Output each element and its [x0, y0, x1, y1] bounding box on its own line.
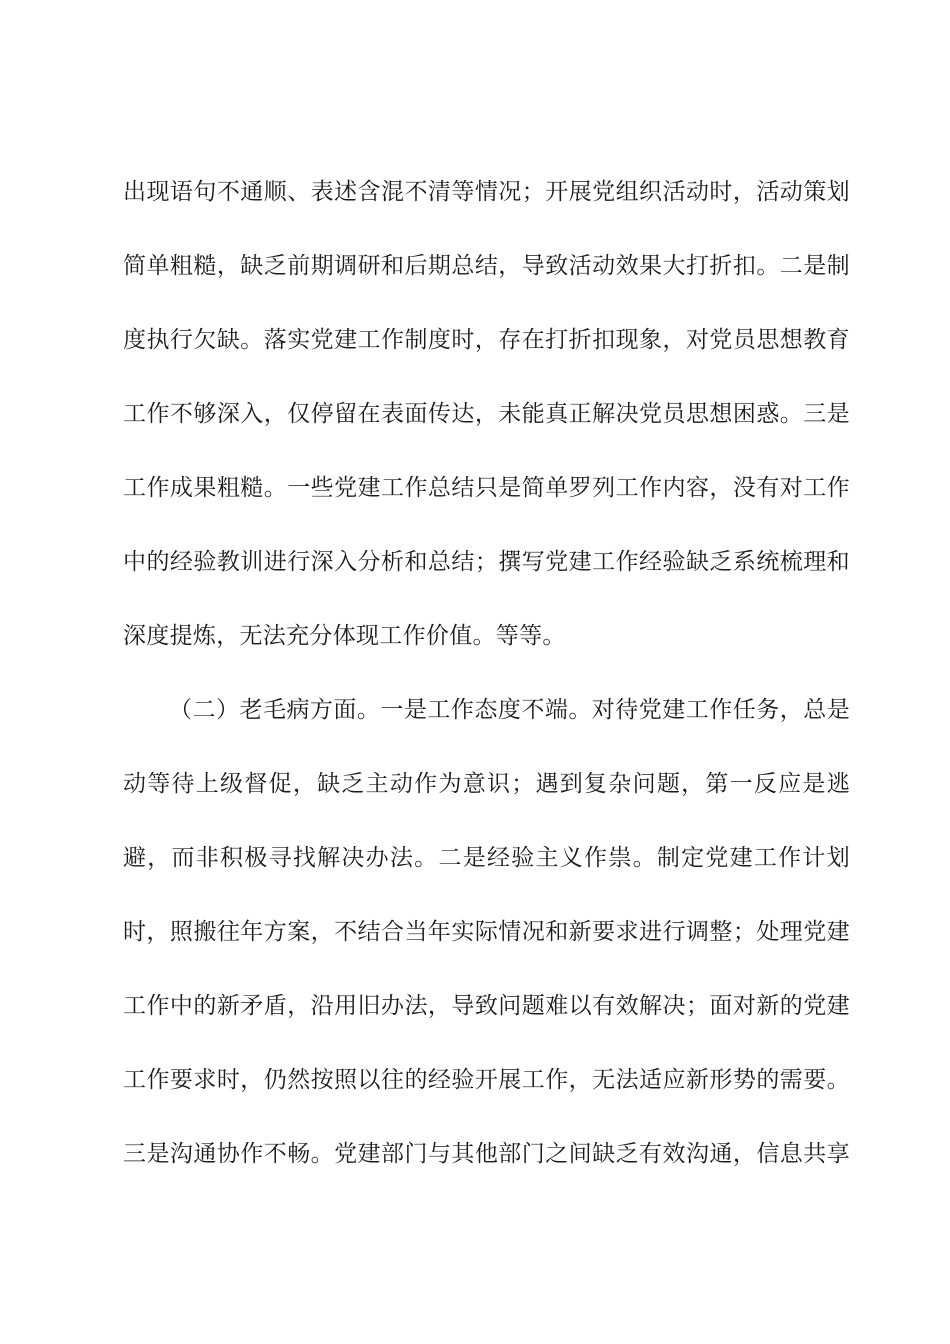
body-text-block: 出现语句不通顺、表述含混不清等情况；开展党组织活动时，活动策划 简单粗糙，缺乏前… [123, 155, 850, 1191]
text-line: 工作成果粗糙。一些党建工作总结只是简单罗列工作内容，没有对工作 [123, 451, 850, 525]
text-line: 度执行欠缺。落实党建工作制度时，存在打折扣现象，对党员思想教育 [123, 303, 850, 377]
text-line: 工作不够深入，仅停留在表面传达，未能真正解决党员思想困惑。三是 [123, 377, 850, 451]
text-line-paragraph-end: 深度提炼，无法充分体现工作价值。等等。 [123, 599, 850, 673]
text-line-paragraph-start: （二）老毛病方面。一是工作态度不端。对待党建工作任务，总是被 [123, 673, 850, 747]
text-line: 时，照搬往年方案，不结合当年实际情况和新要求进行调整；处理党建 [123, 895, 850, 969]
document-page: 出现语句不通顺、表述含混不清等情况；开展党组织活动时，活动策划 简单粗糙，缺乏前… [0, 0, 950, 1344]
text-line: 中的经验教训进行深入分析和总结；撰写党建工作经验缺乏系统梳理和 [123, 525, 850, 599]
text-line: 避，而非积极寻找解决办法。二是经验主义作祟。制定党建工作计划 [123, 821, 850, 895]
text-line: 简单粗糙，缺乏前期调研和后期总结，导致活动效果大打折扣。二是制 [123, 229, 850, 303]
text-line: 出现语句不通顺、表述含混不清等情况；开展党组织活动时，活动策划 [123, 155, 850, 229]
text-line: 动等待上级督促，缺乏主动作为意识；遇到复杂问题，第一反应是逃 [123, 747, 850, 821]
text-line: 工作中的新矛盾，沿用旧办法，导致问题难以有效解决；面对新的党建 [123, 969, 850, 1043]
text-line: 三是沟通协作不畅。党建部门与其他部门之间缺乏有效沟通，信息共享 [123, 1117, 850, 1191]
text-line: 工作要求时，仍然按照以往的经验开展工作，无法适应新形势的需要。 [123, 1043, 850, 1117]
